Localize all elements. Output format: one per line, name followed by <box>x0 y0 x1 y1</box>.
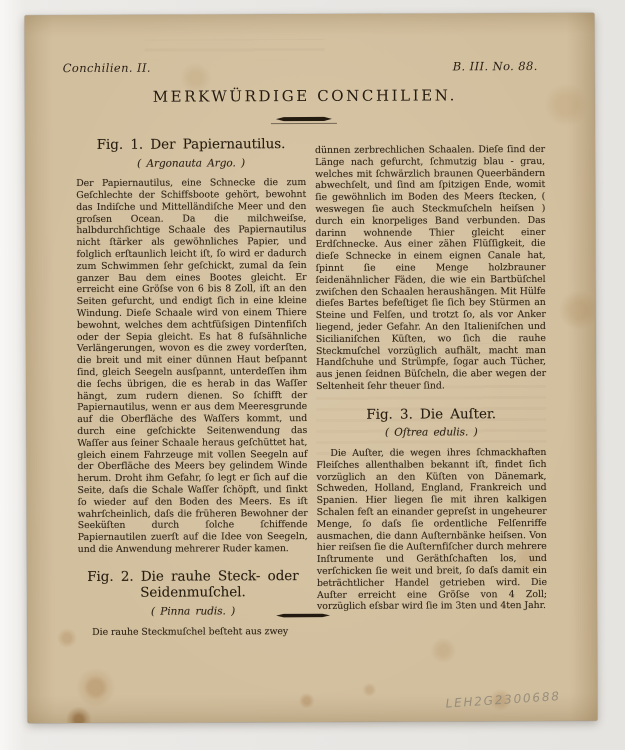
bleed-through-texture <box>145 39 325 60</box>
fig2-heading: Fig. 2. Die rauhe Steck- oder Seidenmuſc… <box>82 568 304 602</box>
column-left: Fig. 1. Der Papiernautilus. ( Argonauta … <box>76 136 308 638</box>
fig1-body: Der Papiernautilus, eine Schnecke die zu… <box>76 177 308 555</box>
fig2-latin-name: ( Pinna rudis. ) <box>78 606 308 619</box>
handwritten-inventory-number: LEH2G2300688 <box>445 686 616 711</box>
paper-sheet: Conchilien. II. B. III. No. 88. MERKWÜRD… <box>24 13 597 723</box>
title-swelled-rule <box>276 116 332 122</box>
fig1-heading: Fig. 1. Der Papiernautilus. <box>80 136 302 153</box>
fig1-latin-name: ( Argonauta Argo. ) <box>76 158 306 171</box>
title-hairline-rule <box>271 123 337 124</box>
fig3-heading: Fig. 3. Die Auſter. <box>320 406 542 423</box>
page-title: MERKWÜRDIGE CONCHILIEN. <box>25 86 585 106</box>
photo-background: Conchilien. II. B. III. No. 88. MERKWÜRD… <box>0 0 625 750</box>
header-issue: B. III. No. 88. <box>453 59 538 73</box>
column-right: dünnen zerbrechlichen Schaalen. Dieſe ſi… <box>315 135 547 613</box>
fig2-body-left: Die rauhe Steckmuſchel beſteht aus zwey <box>78 626 308 639</box>
fig3-body: Die Auſter, die wegen ihres ſchmackhafte… <box>316 447 547 613</box>
fig3-latin-name: ( Oſtrea edulis. ) <box>316 427 546 440</box>
fig2-body-continued: dünnen zerbrechlichen Schaalen. Dieſe ſi… <box>315 144 546 393</box>
header-series: Conchilien. II. <box>63 61 151 75</box>
